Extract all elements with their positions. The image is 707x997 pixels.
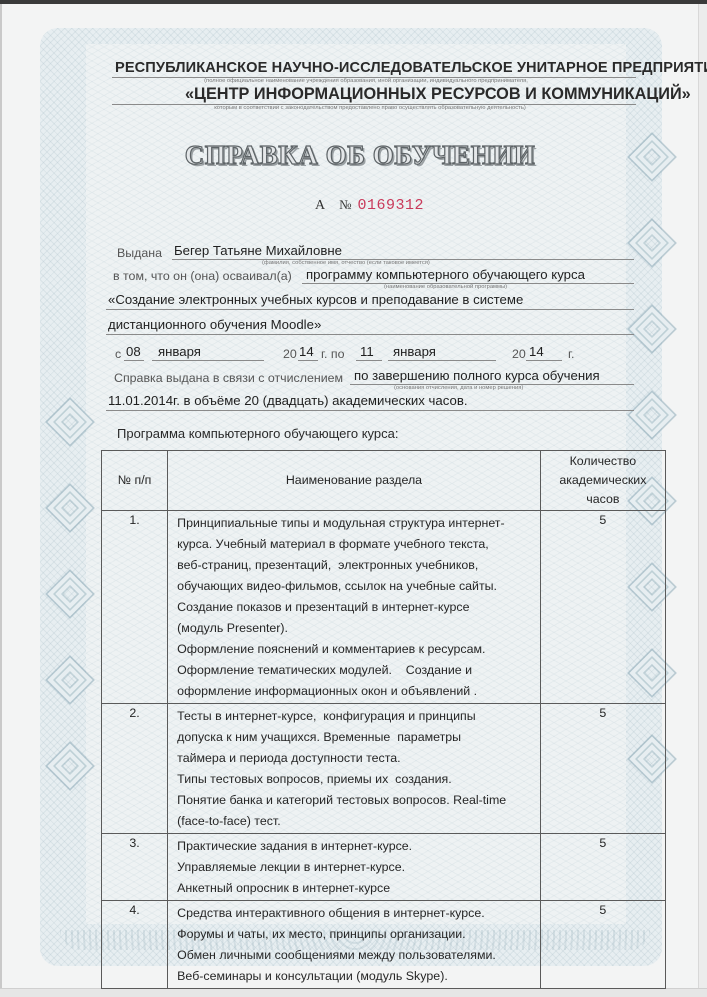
row-hours: 5	[540, 901, 665, 989]
row-number: 4.	[102, 901, 168, 989]
diamond-ornament-icon	[45, 397, 95, 447]
issued-caption: (фамилия, собственное имя, отчество (есл…	[262, 260, 430, 266]
description-line: Оформление пояснений и комментариев к ре…	[177, 639, 532, 660]
program-caption: (наименование образовательной программы)	[384, 284, 507, 290]
period-to-year: 14	[529, 344, 544, 359]
header-hours: Количество академических часов	[540, 451, 665, 511]
program-name-line-2: дистанционного обучения Moodle»	[108, 317, 321, 332]
organization-caption-2: которым в соответствии с законодательств…	[170, 105, 570, 111]
row-section-description: Средства интерактивного общения в интерн…	[168, 901, 541, 989]
period-from-day: 08	[126, 344, 141, 359]
period-from-year-prefix: 20	[283, 347, 297, 361]
row-number: 3.	[102, 834, 168, 901]
diamond-ornament-icon	[627, 390, 677, 440]
diamond-ornament-icon	[627, 132, 677, 182]
description-line: Принципиальные типы и модульная структур…	[177, 513, 532, 534]
scan-edge-top	[0, 0, 707, 4]
diamond-ornament-icon	[627, 304, 677, 354]
description-line: Оформление тематических модулей. Создани…	[177, 660, 532, 681]
mastered-label: в том, что он (она) осваивал(а)	[113, 269, 292, 283]
period-end-label: г.	[568, 347, 574, 361]
serial-number: 0169312	[358, 197, 425, 214]
diamond-ornament-icon	[45, 655, 95, 705]
description-line: обучающих видео-фильмов, ссылок на учебн…	[177, 576, 532, 597]
period-from-month: января	[158, 344, 201, 359]
rule	[356, 360, 382, 361]
row-number: 1.	[102, 511, 168, 704]
table-row: 4.Средства интерактивного общения в инте…	[102, 901, 666, 989]
row-section-description: Принципиальные типы и модульная структур…	[168, 511, 541, 704]
description-line: Обмен личными сообщениями между пользова…	[177, 945, 532, 966]
description-line: Типы тестовых вопросов, приемы их создан…	[177, 769, 532, 790]
description-line: Тесты в интернет-курсе, конфигурация и п…	[177, 706, 532, 727]
row-section-description: Практические задания в интернет-курсе.Уп…	[168, 834, 541, 901]
table-body: 1.Принципиальные типы и модульная структ…	[102, 511, 666, 989]
program-heading: Программа компьютерного обучающего курса…	[117, 426, 398, 441]
rule	[106, 334, 634, 335]
program-table: № п/п Наименование раздела Количество ак…	[101, 450, 666, 989]
header-hours-label: Количество академических часов	[548, 452, 658, 509]
scan-edge-bottom	[0, 988, 707, 997]
diamond-ornament-icon	[45, 741, 95, 791]
period-to-day: 11	[360, 344, 374, 359]
organization-type: РЕСПУБЛИКАНСКОЕ НАУЧНО-ИССЛЕДОВАТЕЛЬСКОЕ…	[115, 60, 635, 76]
rule	[152, 360, 264, 361]
organization-caption-1: (полное официальное наименование учрежде…	[196, 78, 536, 84]
serial-number-block: А№0169312	[315, 197, 424, 214]
period-to-month: января	[393, 344, 436, 359]
row-hours: 5	[540, 511, 665, 704]
description-line: курса. Учебный материал в формате учебно…	[177, 534, 532, 555]
rule	[106, 309, 634, 310]
diamond-ornament-icon	[45, 483, 95, 533]
rule	[388, 360, 496, 361]
serial-series: А	[315, 198, 325, 213]
volume-line: 11.01.2014г. в объёме 20 (двадцать) акад…	[108, 393, 468, 408]
scan-edge-left	[0, 4, 2, 997]
rule	[526, 360, 562, 361]
table-row: 1.Принципиальные типы и модульная структ…	[102, 511, 666, 704]
row-hours: 5	[540, 834, 665, 901]
period-to-label: г. по	[321, 347, 345, 361]
description-line: Создание показов и презентаций в интерне…	[177, 597, 532, 618]
organization-name: «ЦЕНТР ИНФОРМАЦИОННЫХ РЕСУРСОВ И КОММУНИ…	[185, 85, 565, 104]
description-line: (face-to-face) тест.	[177, 811, 532, 832]
ornament-left	[48, 400, 88, 830]
number-sign: №	[339, 197, 351, 212]
rule	[298, 360, 318, 361]
reason-caption: (основания отчисления, дата и номер реше…	[394, 385, 523, 391]
header-section-name: Наименование раздела	[168, 451, 541, 511]
table-header-row: № п/п Наименование раздела Количество ак…	[102, 451, 666, 511]
description-line: (модуль Presenter).	[177, 618, 532, 639]
table-row: 3.Практические задания в интернет-курсе.…	[102, 834, 666, 901]
header-number: № п/п	[102, 451, 168, 511]
period-to-year-prefix: 20	[512, 347, 526, 361]
description-line: Понятие банка и категорий тестовых вопро…	[177, 790, 532, 811]
diamond-ornament-icon	[45, 569, 95, 619]
description-line: Форумы и чаты, их место, принципы органи…	[177, 924, 532, 945]
rule	[124, 360, 144, 361]
period-from-label: с	[115, 347, 121, 361]
reason-value: по завершению полного курса обучения	[354, 368, 600, 383]
row-hours: 5	[540, 704, 665, 834]
program-name-line-1: «Создание электронных учебных курсов и п…	[108, 292, 523, 307]
reason-label: Справка выдана в связи с отчислением	[114, 371, 343, 385]
period-from-year: 14	[299, 344, 314, 359]
description-line: Веб-семинары и консультации (модуль Skyp…	[177, 966, 532, 987]
description-line: Средства интерактивного общения в интерн…	[177, 903, 532, 924]
description-line: таймера и периода доступности теста.	[177, 748, 532, 769]
scan-edge-right	[698, 4, 707, 997]
issued-label: Выдана	[117, 246, 162, 260]
description-line: допуска к ним учащихся. Временные параме…	[177, 727, 532, 748]
row-section-description: Тесты в интернет-курсе, конфигурация и п…	[168, 704, 541, 834]
table-row: 2.Тесты в интернет-курсе, конфигурация и…	[102, 704, 666, 834]
diamond-ornament-icon	[627, 218, 677, 268]
description-line: веб-страниц, презентаций, электронных уч…	[177, 555, 532, 576]
description-line: оформление информационных окон и объявле…	[177, 681, 532, 702]
issued-value: Бегер Татьяне Михайловне	[174, 243, 342, 258]
description-line: Практические задания в интернет-курсе.	[177, 836, 532, 857]
row-number: 2.	[102, 704, 168, 834]
document-title: СПРАВКА ОБ ОБУЧЕНИИ	[140, 140, 580, 171]
rule	[106, 410, 634, 411]
mastered-value: программу компьютерного обучающего курса	[306, 267, 585, 282]
description-line: Управляемые лекции в интернет-курсе.	[177, 857, 532, 878]
description-line: Анкетный опросник в интернет-курсе	[177, 878, 532, 899]
